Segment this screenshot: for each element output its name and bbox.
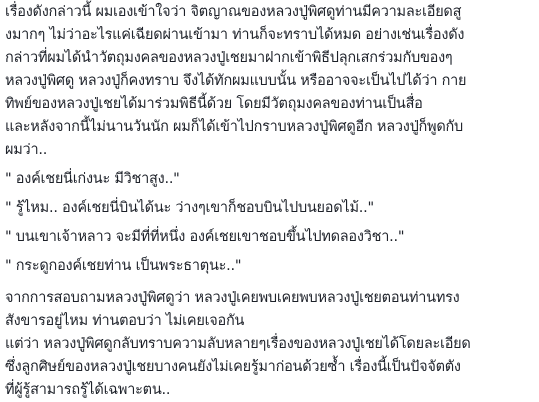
paragraph-line: ที่ผู้รู้สามารถรู้ได้เฉพาะตน..: [5, 379, 170, 401]
quote-line: " กระดูกองค์เชยท่าน เป็นพระธาตุนะ..": [5, 255, 241, 277]
paragraph-line: สังขารอยู่ไหม ท่านตอบว่า ไม่เคยเจอกัน: [5, 310, 244, 332]
paragraph-line: จากการสอบถามหลวงปู่พิศดูว่า หลวงปู่เคยพบ…: [5, 287, 460, 309]
paragraph-line: และหลังจากนี้ไม่นานวันนัก ผมก็ได้เข้าไปก…: [5, 116, 463, 138]
paragraph-line: ผมว่า..: [5, 139, 47, 161]
paragraph-line: งมากๆ ไม่ว่าอะไรแค่เฉียดผ่านเข้ามา ท่านก…: [5, 24, 464, 46]
quote-line: " องค์เชยนี่เก่งนะ มีวิชาสูง..": [5, 168, 180, 190]
paragraph-line: ทิพย์ของหลวงปู่เชยได้มาร่วมพิธีนี้ด้วย โ…: [5, 93, 423, 115]
paragraph-line: แต่ว่า หลวงปู่พิศดูกลับทราบความลับหลายๆเ…: [5, 333, 471, 355]
paragraph-line: เรื่องดังกล่าวนี้ ผมเองเข้าใจว่า จิตญาณข…: [5, 1, 461, 23]
paragraph-line: ซึ่งลูกศิษย์ของหลวงปู่เชยบางคนยังไม่เคยร…: [5, 356, 461, 378]
quote-line: " บนเขาเจ้าหลาว จะมีที่ที่หนึ่ง องค์เชยเ…: [5, 226, 404, 248]
quote-line: " รู้ไหม.. องค์เชยนี่บินได้นะ ว่างๆเขาก็…: [5, 197, 374, 219]
paragraph-line: กล่าวที่ผมได้นำวัตถุมงคลของหลวงปู่เชยมาฝ…: [5, 47, 452, 69]
paragraph-line: หลวงปู่พิศดู หลวงปู่ก็คงทราบ จึงได้ทักผม…: [5, 70, 466, 92]
